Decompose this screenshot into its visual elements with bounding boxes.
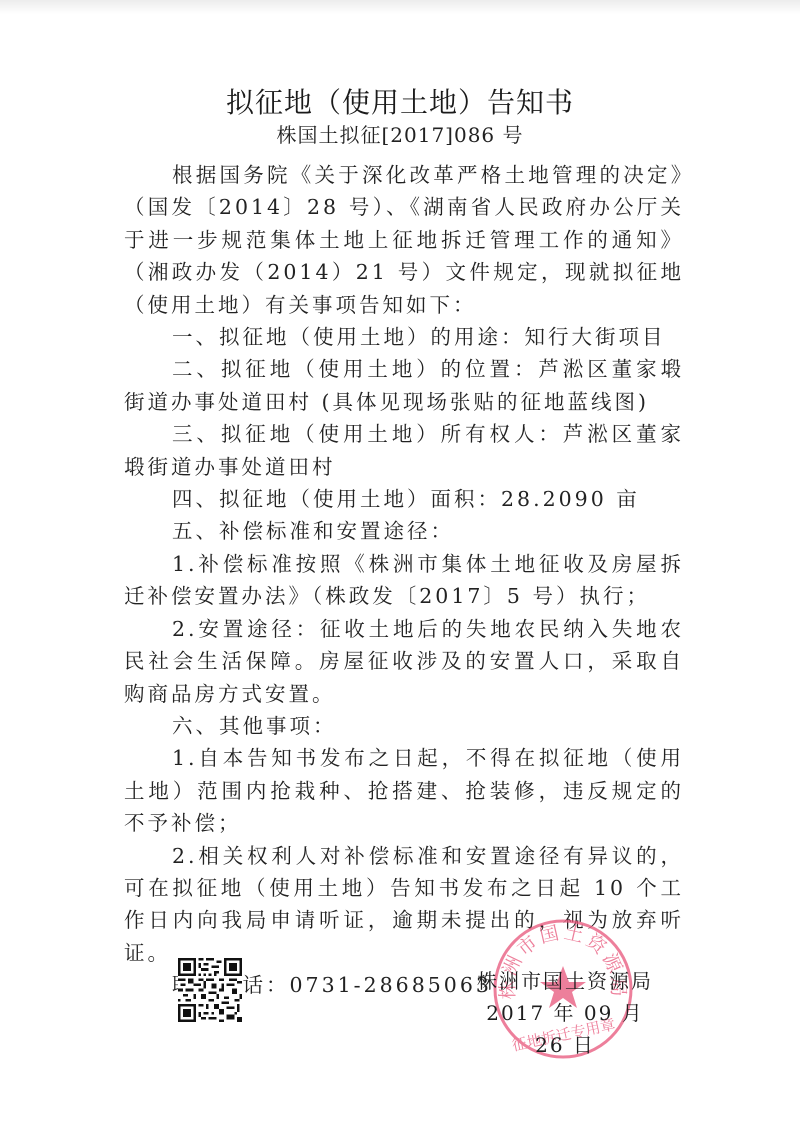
signing-date: 2017 年 09 月 26 日	[470, 997, 660, 1061]
signing-organization: 株洲市国土资源局	[470, 965, 660, 997]
resettlement-method: 2.安置途径：征收土地后的失地农民纳入失地农民社会生活保障。房屋征收涉及的安置人…	[124, 613, 684, 710]
document-number: 株国土拟征[2017]086 号	[0, 122, 800, 148]
signature-block: 株洲市国土资源局 2017 年 09 月 26 日	[470, 965, 660, 1061]
scan-edge-shade	[0, 0, 800, 14]
document-body: 根据国务院《关于深化改革严格土地管理的决定》（国发〔2014〕28 号）、《湖南…	[124, 159, 684, 1002]
item-compensation-heading: 五、补偿标准和安置途径：	[124, 515, 684, 547]
intro-paragraph: 根据国务院《关于深化改革严格土地管理的决定》（国发〔2014〕28 号）、《湖南…	[124, 159, 684, 321]
item-area: 四、拟征地（使用土地）面积：28.2090 亩	[124, 483, 684, 515]
item-owner: 三、拟征地（使用土地）所有权人：芦淞区董家塅街道办事处道田村	[124, 418, 684, 483]
item-other-heading: 六、其他事项：	[124, 710, 684, 742]
item-location: 二、拟征地（使用土地）的位置：芦淞区董家塅街道办事处道田村 (具体见现场张贴的征…	[124, 353, 684, 418]
qr-code-icon	[178, 958, 242, 1022]
item-purpose: 一、拟征地（使用土地）的用途：知行大街项目	[124, 321, 684, 353]
document-title: 拟征地（使用土地）告知书	[0, 84, 800, 122]
other-rule-1: 1.自本告知书发布之日起，不得在拟征地（使用土地）范围内抢栽种、抢搭建、抢装修，…	[124, 742, 684, 839]
compensation-standard: 1.补偿标准按照《株洲市集体土地征收及房屋拆迁补偿安置办法》（株政发〔2017〕…	[124, 548, 684, 613]
